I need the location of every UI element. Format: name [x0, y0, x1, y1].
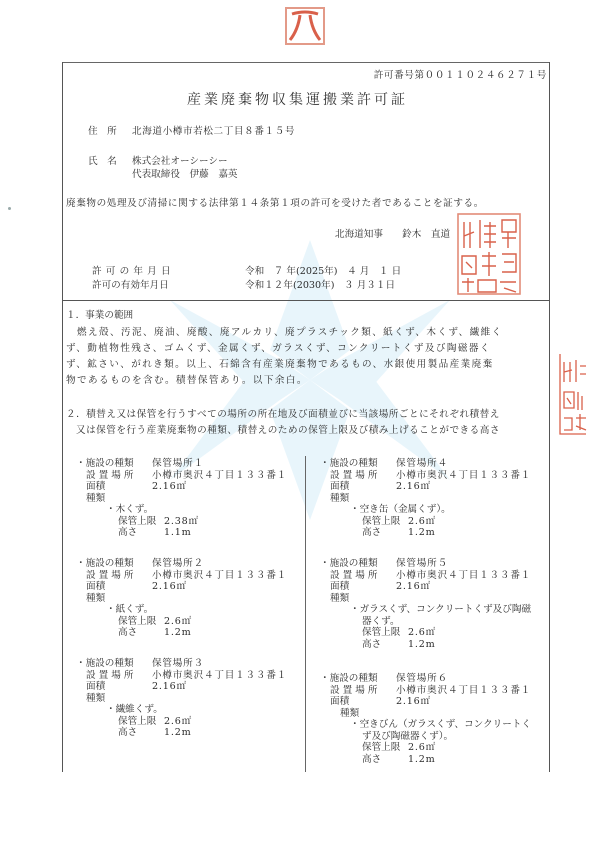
location-label: 設 置 場 所 [330, 470, 378, 482]
section1-heading: １．事業の範囲 [66, 309, 133, 322]
height-label: 高さ [118, 527, 137, 539]
location-value: 小樽市奥沢４丁目１３３番１ [152, 570, 287, 582]
area-label: 面積 [86, 581, 105, 593]
kind-label: 種類 [86, 593, 105, 605]
height-value: 1.2m [164, 627, 192, 639]
representative-name: 代表取締役 伊藤 嘉英 [132, 168, 238, 181]
facility-type-label: ・施設の種類 [320, 558, 378, 570]
certification-text: 廃棄物の処理及び清掃に関する法律第１４条第１項の許可を受けた者であることを証する… [66, 197, 484, 210]
limit-label: 保管上限 [362, 516, 400, 528]
section1-line: 燃え殻、汚泥、廃油、廃酸、廃アルカリ、廃プラスチック類、紙くず、木くず、繊維く [66, 326, 503, 339]
height-label: 高さ [362, 639, 381, 651]
frame-right-border [549, 62, 550, 772]
waste-type: ・空きびん（ガラスくず、コンクリートく [350, 719, 531, 731]
area-value: 2.16㎡ [396, 581, 431, 593]
address-label: 住 所 [88, 125, 117, 138]
seal-stamp-top-icon [284, 6, 326, 46]
side-seal-icon [558, 352, 588, 436]
height-value: 1.1m [164, 527, 192, 539]
document-title: 産業廃棄物収集運搬業許可証 [0, 94, 595, 107]
company-name: 株式会社オーシーシー [132, 155, 228, 168]
location-value: 小樽市奥沢４丁目１３３番１ [396, 570, 531, 582]
height-value: 1.2m [164, 727, 192, 739]
limit-value: 2.38㎡ [164, 516, 199, 528]
kind-label: 種類 [330, 593, 349, 605]
address-value: 北海道小樽市若松二丁目８番１５号 [132, 125, 295, 138]
facility-type-label: ・施設の種類 [76, 558, 134, 570]
location-label: 設 置 場 所 [86, 470, 134, 482]
area-value: 2.16㎡ [396, 481, 431, 493]
limit-label: 保管上限 [118, 616, 156, 628]
kind-label: 種類 [86, 693, 105, 705]
location-value: 小樽市奥沢４丁目１３３番１ [396, 685, 531, 697]
height-value: 1.2m [408, 527, 436, 539]
area-value: 2.16㎡ [152, 681, 187, 693]
issuer: 北海道知事 鈴木 直道 [335, 228, 450, 241]
limit-label: 保管上限 [362, 627, 400, 639]
waste-type: ・紙くず。 [106, 604, 153, 616]
permit-number: 許可番号第００１１０２４６２７１号 [374, 69, 547, 82]
frame-left-border [62, 62, 63, 772]
waste-type-continued: 器くず。 [362, 616, 400, 628]
section1-line: ず、動植物性残さ、ゴムくず、金属くず、ガラスくず、コンクリートくず及び陶磁器く [66, 342, 491, 355]
area-value: 2.16㎡ [396, 696, 431, 708]
area-value: 2.16㎡ [152, 481, 187, 493]
location-value: 小樽市奥沢４丁目１３３番１ [152, 470, 287, 482]
kind-label: 種類 [340, 708, 359, 720]
expiry-date-label: 許可の有効年月日 [92, 279, 169, 292]
facility-type-value: 保管場所３ [152, 658, 204, 670]
location-label: 設 置 場 所 [86, 670, 134, 682]
location-label: 設 置 場 所 [330, 570, 378, 582]
scan-speck [8, 207, 11, 210]
height-value: 1.2m [408, 754, 436, 766]
permit-date-label: 許可の年月日 [92, 265, 175, 278]
permit-date-value: 令和 ７ 年(2025年) ４ 月 １ 日 [245, 265, 401, 278]
facility-type-label: ・施設の種類 [320, 673, 378, 685]
facility-type-value: 保管場所５ [396, 558, 448, 570]
area-label: 面積 [330, 696, 349, 708]
area-value: 2.16㎡ [152, 581, 187, 593]
name-label: 氏 名 [88, 155, 117, 168]
limit-value: 2.6㎡ [164, 716, 192, 728]
facility-type-value: 保管場所４ [396, 458, 448, 470]
area-label: 面積 [330, 481, 349, 493]
location-value: 小樽市奥沢４丁目１３３番１ [152, 670, 287, 682]
facility-type-label: ・施設の種類 [320, 458, 378, 470]
waste-type: ・木くず。 [106, 504, 153, 516]
limit-label: 保管上限 [362, 742, 400, 754]
facility-type-value: 保管場所１ [152, 458, 204, 470]
location-label: 設 置 場 所 [330, 685, 378, 697]
waste-type: ・繊維くず。 [106, 704, 163, 716]
section-divider [62, 300, 550, 301]
section1-line: ず、鉱さい、がれき類。以上、石綿含有産業廃棄物であるもの、水銀使用製品産業廃棄 [66, 358, 494, 371]
facility-type-value: 保管場所６ [396, 673, 448, 685]
area-label: 面積 [86, 681, 105, 693]
expiry-date-value: 令和１２年(2030年) ３ 月３１日 [245, 279, 395, 292]
limit-value: 2.6㎡ [408, 742, 436, 754]
limit-label: 保管上限 [118, 716, 156, 728]
area-label: 面積 [86, 481, 105, 493]
waste-type-continued: ず及び陶磁器くず）。 [362, 731, 453, 743]
height-label: 高さ [362, 527, 381, 539]
height-label: 高さ [362, 754, 381, 766]
facility-type-label: ・施設の種類 [76, 458, 134, 470]
kind-label: 種類 [330, 493, 349, 505]
column-divider [305, 456, 306, 772]
governor-seal-icon [456, 212, 522, 296]
facility-type-label: ・施設の種類 [76, 658, 134, 670]
waste-type: ・ガラスくず、コンクリートくず及び陶磁 [350, 604, 531, 616]
frame-top-border [62, 62, 550, 63]
height-label: 高さ [118, 627, 137, 639]
location-value: 小樽市奥沢４丁目１３３番１ [396, 470, 531, 482]
limit-value: 2.6㎡ [408, 516, 436, 528]
height-value: 1.2m [408, 639, 436, 651]
section1-line: 物であるものを含む。積替保管あり。以下余白。 [66, 374, 308, 387]
limit-value: 2.6㎡ [164, 616, 192, 628]
location-label: 設 置 場 所 [86, 570, 134, 582]
kind-label: 種類 [86, 493, 105, 505]
area-label: 面積 [330, 581, 349, 593]
limit-label: 保管上限 [118, 516, 156, 528]
facility-type-value: 保管場所２ [152, 558, 204, 570]
section2-heading-line1: ２．積替え又は保管を行うすべての場所の所在地及び面積並びに当該場所ごとにそれぞれ… [66, 408, 500, 421]
section2-heading-line2: 又は保管を行う産業廃棄物の種類、積替えのための保管上限及び積み上げることができる… [76, 424, 500, 437]
height-label: 高さ [118, 727, 137, 739]
waste-type: ・空き缶（金属くず）。 [350, 504, 451, 516]
limit-value: 2.6㎡ [408, 627, 436, 639]
